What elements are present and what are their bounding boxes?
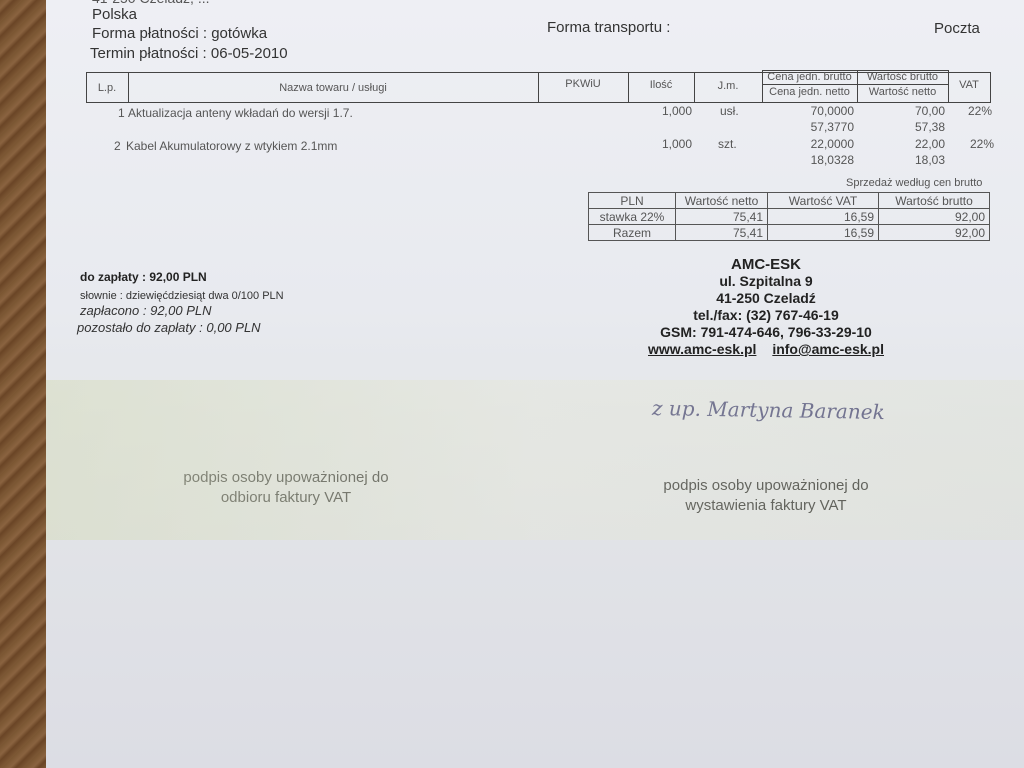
stamp-website: www.amc-esk.pl	[648, 341, 756, 357]
header-qty: Ilość	[628, 79, 694, 91]
amount-in-words: słownie : dziewięćdziesiąt dwa 0/100 PLN	[80, 290, 284, 302]
stamp-city: 41-250 Czeladź	[626, 290, 906, 307]
row-unit-gross: 70,0000	[766, 104, 854, 118]
row-value-gross: 70,00	[857, 104, 945, 118]
summary-caption: Sprzedaż według cen brutto	[846, 177, 982, 189]
row-value-net: 57,38	[857, 120, 945, 134]
header-pkwiu: PKWiU	[538, 78, 628, 90]
stamp-phone: tel./fax: (32) 767-46-19	[626, 307, 906, 324]
header-lp: L.p.	[86, 82, 128, 94]
handwritten-signature: z up. Martyna Baranek	[652, 396, 885, 424]
stamp-company: AMC-ESK	[626, 256, 906, 273]
header-unit: J.m.	[694, 80, 762, 92]
row-vat: 22%	[948, 104, 992, 118]
issuer-signature-label: podpis osoby upoważnionej do wystawienia…	[636, 476, 896, 516]
header-unit-gross: Cena jedn. brutto	[762, 71, 857, 83]
recipient-label-line-1: podpis osoby upoważnionej do	[156, 468, 416, 488]
header-value-net: Wartość netto	[857, 86, 948, 98]
summary-net: 75,41	[676, 209, 768, 225]
row-unit-net: 18,0328	[766, 153, 854, 167]
payment-due-date: Termin płatności : 06-05-2010	[90, 45, 288, 62]
header-name: Nazwa towaru / usługi	[128, 82, 538, 94]
summary-total-gross: 92,00	[879, 225, 990, 241]
vat-summary-table: PLN Wartość netto Wartość VAT Wartość br…	[588, 192, 990, 241]
summary-total-label: Razem	[589, 225, 676, 241]
row-unit-net: 57,3770	[766, 120, 854, 134]
amount-paid: zapłacono : 92,00 PLN	[80, 303, 212, 318]
row-value-gross: 22,00	[857, 137, 945, 151]
recipient-label-line-2: odbioru faktury VAT	[156, 488, 416, 508]
issuer-label-line-1: podpis osoby upoważnionej do	[636, 476, 896, 496]
row-unit-gross: 22,0000	[766, 137, 854, 151]
row-qty: 1,000	[636, 104, 692, 118]
summary-total-vat: 16,59	[768, 225, 879, 241]
row-name: Aktualizacja anteny wkładań do wersji 1.…	[128, 106, 353, 120]
row-unit: szt.	[718, 137, 737, 151]
summary-total-row: Razem 75,41 16,59 92,00	[589, 225, 990, 241]
summary-header-pln: PLN	[589, 193, 676, 209]
company-stamp: AMC-ESK ul. Szpitalna 9 41-250 Czeladź t…	[626, 256, 906, 358]
transport-value: Poczta	[934, 20, 980, 37]
summary-header-gross: Wartość brutto	[879, 193, 990, 209]
row-vat: 22%	[948, 137, 994, 151]
row-lp: 2	[114, 139, 121, 153]
summary-rate: stawka 22%	[589, 209, 676, 225]
recipient-signature-label: podpis osoby upoważnionej do odbioru fak…	[156, 468, 416, 508]
row-value-net: 18,03	[857, 153, 945, 167]
header-unit-net: Cena jedn. netto	[762, 86, 857, 98]
row-name: Kabel Akumulatorowy z wtykiem 2.1mm	[126, 139, 337, 153]
amount-remaining: pozostało do zapłaty : 0,00 PLN	[77, 320, 261, 335]
stamp-email: info@amc-esk.pl	[772, 341, 884, 357]
invoice-page: 41-250 Czeladź, ... Polska Forma płatnoś…	[46, 0, 1024, 768]
payment-form: Forma płatności : gotówka	[92, 25, 267, 42]
country: Polska	[92, 6, 137, 23]
header-vat: VAT	[948, 79, 990, 91]
row-unit: usł.	[720, 104, 739, 118]
stamp-gsm: GSM: 791-474-646, 796-33-29-10	[626, 324, 906, 341]
stamp-street: ul. Szpitalna 9	[626, 273, 906, 290]
summary-header-row: PLN Wartość netto Wartość VAT Wartość br…	[589, 193, 990, 209]
issuer-label-line-2: wystawienia faktury VAT	[636, 496, 896, 516]
transport-label: Forma transportu :	[547, 19, 670, 36]
summary-header-vat: Wartość VAT	[768, 193, 879, 209]
row-lp: 1	[118, 106, 125, 120]
row-qty: 1,000	[636, 137, 692, 151]
summary-gross: 92,00	[879, 209, 990, 225]
summary-row: stawka 22% 75,41 16,59 92,00	[589, 209, 990, 225]
summary-vat: 16,59	[768, 209, 879, 225]
header-value-gross: Wartość brutto	[857, 71, 948, 83]
amount-to-pay: do zapłaty : 92,00 PLN	[80, 270, 207, 284]
summary-total-net: 75,41	[676, 225, 768, 241]
summary-header-net: Wartość netto	[676, 193, 768, 209]
